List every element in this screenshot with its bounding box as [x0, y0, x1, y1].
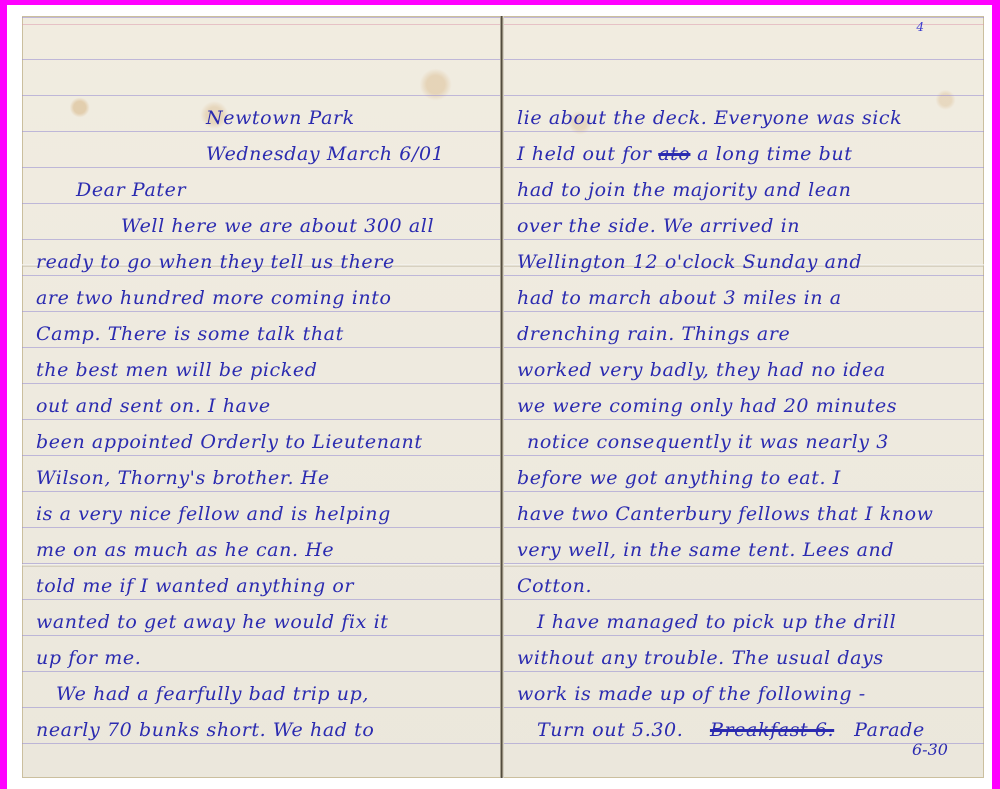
- letter-line: notice consequently it was nearly 3: [517, 424, 972, 460]
- letter-line: is a very nice fellow and is helping: [36, 496, 491, 532]
- left-page: Newtown Park Wednesday March 6/01 Dear P…: [36, 16, 491, 778]
- parade-label: Parade: [854, 719, 925, 741]
- letter-line: Wilson, Thorny's brother. He: [36, 460, 491, 496]
- letter-line: Well here we are about 300 all: [36, 208, 491, 244]
- letter-line: are two hundred more coming into: [36, 280, 491, 316]
- letter-line: over the side. We arrived in: [517, 208, 972, 244]
- right-page: 4 lie about the deck. Everyone was sick …: [517, 16, 972, 778]
- letter-paper: Newtown Park Wednesday March 6/01 Dear P…: [22, 16, 984, 778]
- address-line: Newtown Park: [36, 100, 491, 136]
- letter-line: me on as much as he can. He: [36, 532, 491, 568]
- letter-line: Cotton.: [517, 568, 972, 604]
- date-line: Wednesday March 6/01: [36, 136, 491, 172]
- letter-line: very well, in the same tent. Lees and: [517, 532, 972, 568]
- frame-left-border: [0, 0, 7, 789]
- frame-right-border: [992, 0, 1000, 789]
- page-number-mark: 4: [916, 20, 924, 34]
- letter-line: We had a fearfully bad trip up,: [36, 676, 491, 712]
- letter-line: without any trouble. The usual days: [517, 640, 972, 676]
- letter-line: Camp. There is some talk that: [36, 316, 491, 352]
- center-fold: [500, 16, 504, 778]
- letter-text: a long time but: [697, 143, 852, 165]
- letter-line: nearly 70 bunks short. We had to: [36, 712, 491, 748]
- struck-out-breakfast: Breakfast 6.: [710, 719, 834, 741]
- letter-line: work is made up of the following -: [517, 676, 972, 712]
- letter-line: I have managed to pick up the drill: [517, 604, 972, 640]
- letter-line: out and sent on. I have: [36, 388, 491, 424]
- letter-line: told me if I wanted anything or: [36, 568, 491, 604]
- letter-line: I held out for ato a long time but: [517, 136, 972, 172]
- salutation: Dear Pater: [36, 172, 491, 208]
- letter-line: been appointed Orderly to Lieutenant: [36, 424, 491, 460]
- frame-top-border: [0, 0, 1000, 5]
- letter-line: had to march about 3 miles in a: [517, 280, 972, 316]
- schedule-line: Turn out 5.30. Breakfast 6. Parade: [517, 712, 972, 748]
- letter-line: we were coming only had 20 minutes: [517, 388, 972, 424]
- letter-line: had to join the majority and lean: [517, 172, 972, 208]
- letter-text: I held out for: [517, 143, 652, 165]
- turn-out-time: Turn out 5.30.: [537, 719, 683, 741]
- letter-line: the best men will be picked: [36, 352, 491, 388]
- letter-line: wanted to get away he would fix it: [36, 604, 491, 640]
- letter-line: drenching rain. Things are: [517, 316, 972, 352]
- letter-line: Wellington 12 o'clock Sunday and: [517, 244, 972, 280]
- letter-line: ready to go when they tell us there: [36, 244, 491, 280]
- letter-line: before we got anything to eat. I: [517, 460, 972, 496]
- parade-time: 6-30: [912, 740, 948, 759]
- letter-line: have two Canterbury fellows that I know: [517, 496, 972, 532]
- letter-line: lie about the deck. Everyone was sick: [517, 100, 972, 136]
- letter-line: worked very badly, they had no idea: [517, 352, 972, 388]
- struck-out-word: ato: [658, 143, 690, 165]
- letter-line: up for me.: [36, 640, 491, 676]
